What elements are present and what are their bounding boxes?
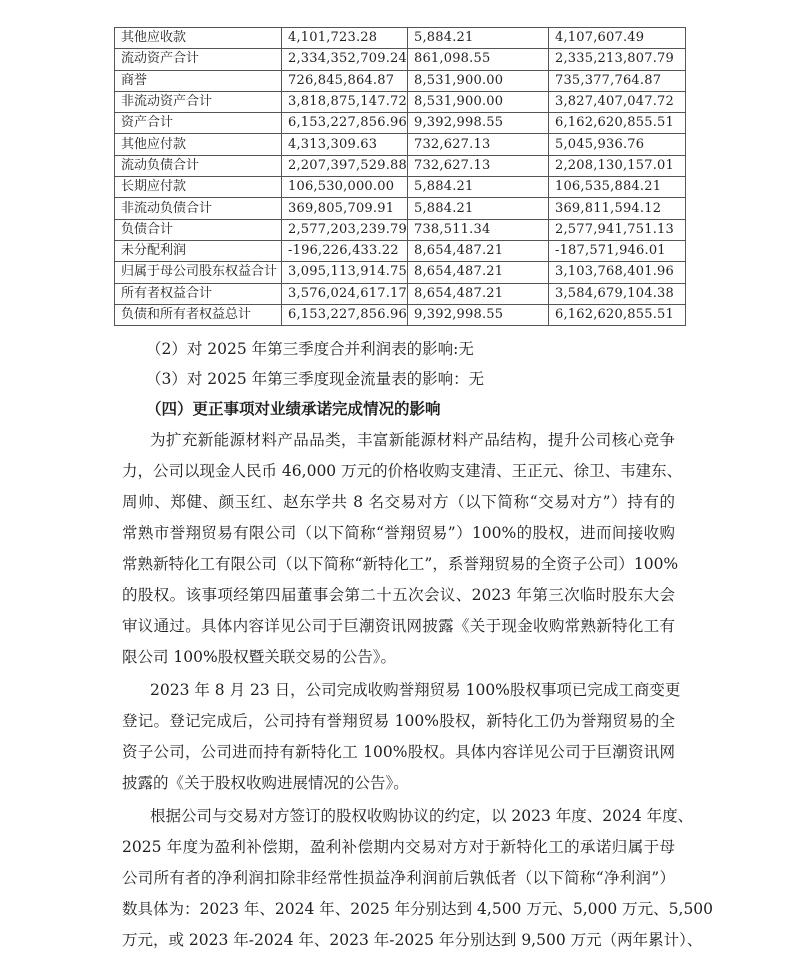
item-cell: 流动负债合计 bbox=[115, 155, 282, 176]
document-page: 其他应收款4,101,723.285,884.214,107,607.49 流动… bbox=[0, 0, 796, 975]
after-cell: 2,208,130,157.01 bbox=[548, 155, 685, 176]
item-cell: 资产合计 bbox=[115, 113, 282, 134]
table-row: 资产合计6,153,227,856.969,392,998.556,162,62… bbox=[115, 113, 686, 134]
table-row: 流动资产合计2,334,352,709.24861,098.552,335,21… bbox=[115, 49, 686, 70]
adjustment-cell: 861,098.55 bbox=[407, 49, 548, 70]
item-cell: 所有者权益合计 bbox=[115, 283, 282, 304]
table-row: 其他应付款4,313,309.63732,627.135,045,936.76 bbox=[115, 134, 686, 155]
table-row: 非流动负债合计369,805,709.915,884.21369,811,594… bbox=[115, 198, 686, 219]
before-cell: 3,818,875,147.72 bbox=[282, 91, 408, 112]
adjustment-cell: 5,884.21 bbox=[407, 28, 548, 49]
before-cell: 369,805,709.91 bbox=[282, 198, 408, 219]
paragraph-line: 限公司 100%股权暨关联交易的公告》。 bbox=[122, 647, 396, 667]
item-cell: 其他应付款 bbox=[115, 134, 282, 155]
after-cell: 3,584,679,104.38 bbox=[548, 283, 685, 304]
after-cell: 2,577,941,751.13 bbox=[548, 219, 685, 240]
balance-sheet-correction-table: 其他应收款4,101,723.285,884.214,107,607.49 流动… bbox=[114, 27, 686, 326]
table-row: 负债合计2,577,203,239.79738,511.342,577,941,… bbox=[115, 219, 686, 240]
item-cell: 负债合计 bbox=[115, 219, 282, 240]
adjustment-cell: 5,884.21 bbox=[407, 177, 548, 198]
adjustment-cell: 738,511.34 bbox=[407, 219, 548, 240]
item-cell: 其他应收款 bbox=[115, 28, 282, 49]
item-cell: 非流动负债合计 bbox=[115, 198, 282, 219]
before-cell: -196,226,433.22 bbox=[282, 240, 408, 261]
after-cell: 6,162,620,855.51 bbox=[548, 113, 685, 134]
adjustment-cell: 8,654,487.21 bbox=[407, 240, 548, 261]
adjustment-cell: 8,654,487.21 bbox=[407, 262, 548, 283]
after-cell: 6,162,620,855.51 bbox=[548, 304, 685, 325]
before-cell: 2,207,397,529.88 bbox=[282, 155, 408, 176]
paragraph-line: 常熟市誉翔贸易有限公司（以下简称“誉翔贸易”）100%的股权，进而间接收购 bbox=[122, 523, 675, 543]
paragraph-line: 披露的《关于股权收购进展情况的公告》。 bbox=[122, 773, 409, 793]
table-row: 未分配利润-196,226,433.228,654,487.21-187,571… bbox=[115, 240, 686, 261]
paragraph-line: 资子公司，公司进而持有新特化工 100%股权。具体内容详见公司于巨潮资讯网 bbox=[122, 742, 675, 762]
after-cell: 735,377,764.87 bbox=[548, 70, 685, 91]
table-row: 长期应付款106,530,000.005,884.21106,535,884.2… bbox=[115, 177, 686, 198]
after-cell: 5,045,936.76 bbox=[548, 134, 685, 155]
table-row: 所有者权益合计3,576,024,617.178,654,487.213,584… bbox=[115, 283, 686, 304]
paragraph-line: 万元，或 2023 年-2024 年、2023 年-2025 年分别达到 9,5… bbox=[122, 930, 675, 950]
item-cell: 归属于母公司股东权益合计 bbox=[115, 262, 282, 283]
before-cell: 2,577,203,239.79 bbox=[282, 219, 408, 240]
after-cell: 106,535,884.21 bbox=[548, 177, 685, 198]
before-cell: 6,153,227,856.96 bbox=[282, 113, 408, 134]
item-cell: 非流动资产合计 bbox=[115, 91, 282, 112]
paragraph-line: 2023 年 8 月 23 日，公司完成收购誉翔贸易 100%股权事项已完成工商… bbox=[150, 680, 675, 700]
table-row: 负债和所有者权益总计6,153,227,856.969,392,998.556,… bbox=[115, 304, 686, 325]
before-cell: 2,334,352,709.24 bbox=[282, 49, 408, 70]
paragraph-line: 公司所有者的净利润扣除非经常性损益净利润前后孰低者（以下简称“净利润”） bbox=[122, 868, 675, 888]
paragraph-line: 根据公司与交易对方签订的股权收购协议的约定，以 2023 年度、2024 年度、 bbox=[150, 806, 675, 826]
after-cell: 3,103,768,401.96 bbox=[548, 262, 685, 283]
before-cell: 106,530,000.00 bbox=[282, 177, 408, 198]
paragraph-line: 2025 年度为盈利补偿期，盈利补偿期内交易对方对于新特化工的承诺归属于母 bbox=[122, 837, 675, 857]
table-row: 归属于母公司股东权益合计3,095,113,914.758,654,487.21… bbox=[115, 262, 686, 283]
after-cell: 4,107,607.49 bbox=[548, 28, 685, 49]
item-cell: 长期应付款 bbox=[115, 177, 282, 198]
impact-cash-flow-statement: （3）对 2025 年第三季度现金流量表的影响：无 bbox=[146, 369, 484, 389]
before-cell: 4,313,309.63 bbox=[282, 134, 408, 155]
table-row: 流动负债合计2,207,397,529.88732,627.132,208,13… bbox=[115, 155, 686, 176]
before-cell: 3,576,024,617.17 bbox=[282, 283, 408, 304]
before-cell: 726,845,864.87 bbox=[282, 70, 408, 91]
after-cell: -187,571,946.01 bbox=[548, 240, 685, 261]
adjustment-cell: 732,627.13 bbox=[407, 134, 548, 155]
paragraph-line: 力，公司以现金人民币 46,000 万元的价格收购支建清、王正元、徐卫、韦建东、 bbox=[122, 461, 675, 481]
adjustment-cell: 732,627.13 bbox=[407, 155, 548, 176]
before-cell: 4,101,723.28 bbox=[282, 28, 408, 49]
adjustment-cell: 8,531,900.00 bbox=[407, 70, 548, 91]
item-cell: 负债和所有者权益总计 bbox=[115, 304, 282, 325]
item-cell: 商誉 bbox=[115, 70, 282, 91]
adjustment-cell: 8,531,900.00 bbox=[407, 91, 548, 112]
table-row: 其他应收款4,101,723.285,884.214,107,607.49 bbox=[115, 28, 686, 49]
adjustment-cell: 8,654,487.21 bbox=[407, 283, 548, 304]
after-cell: 3,827,407,047.72 bbox=[548, 91, 685, 112]
paragraph-line: 数具体为：2023 年、2024 年、2025 年分别达到 4,500 万元、5… bbox=[122, 899, 675, 919]
impact-income-statement: （2）对 2025 年第三季度合并利润表的影响:无 bbox=[146, 339, 474, 359]
adjustment-cell: 9,392,998.55 bbox=[407, 304, 548, 325]
paragraph-line: 常熟新特化工有限公司（以下简称“新特化工”，系誉翔贸易的全资子公司）100% bbox=[122, 554, 675, 574]
item-cell: 未分配利润 bbox=[115, 240, 282, 261]
table-row: 商誉726,845,864.878,531,900.00735,377,764.… bbox=[115, 70, 686, 91]
item-cell: 流动资产合计 bbox=[115, 49, 282, 70]
table-row: 非流动资产合计3,818,875,147.728,531,900.003,827… bbox=[115, 91, 686, 112]
after-cell: 369,811,594.12 bbox=[548, 198, 685, 219]
paragraph-line: 登记。登记完成后，公司持有誉翔贸易 100%股权，新特化工仍为誉翔贸易的全 bbox=[122, 711, 675, 731]
before-cell: 3,095,113,914.75 bbox=[282, 262, 408, 283]
section-heading: （四）更正事项对业绩承诺完成情况的影响 bbox=[146, 399, 441, 419]
paragraph-line: 审议通过。具体内容详见公司于巨潮资讯网披露《关于现金收购常熟新特化工有 bbox=[122, 616, 675, 636]
adjustment-cell: 5,884.21 bbox=[407, 198, 548, 219]
paragraph-line: 为扩充新能源材料产品品类，丰富新能源材料产品结构，提升公司核心竞争 bbox=[150, 430, 675, 450]
adjustment-cell: 9,392,998.55 bbox=[407, 113, 548, 134]
paragraph-line: 的股权。该事项经第四届董事会第二十五次会议、2023 年第三次临时股东大会 bbox=[122, 585, 675, 605]
after-cell: 2,335,213,807.79 bbox=[548, 49, 685, 70]
paragraph-line: 周帅、郑健、颜玉红、赵东学共 8 名交易对方（以下简称“交易对方”）持有的 bbox=[122, 492, 675, 512]
before-cell: 6,153,227,856.96 bbox=[282, 304, 408, 325]
